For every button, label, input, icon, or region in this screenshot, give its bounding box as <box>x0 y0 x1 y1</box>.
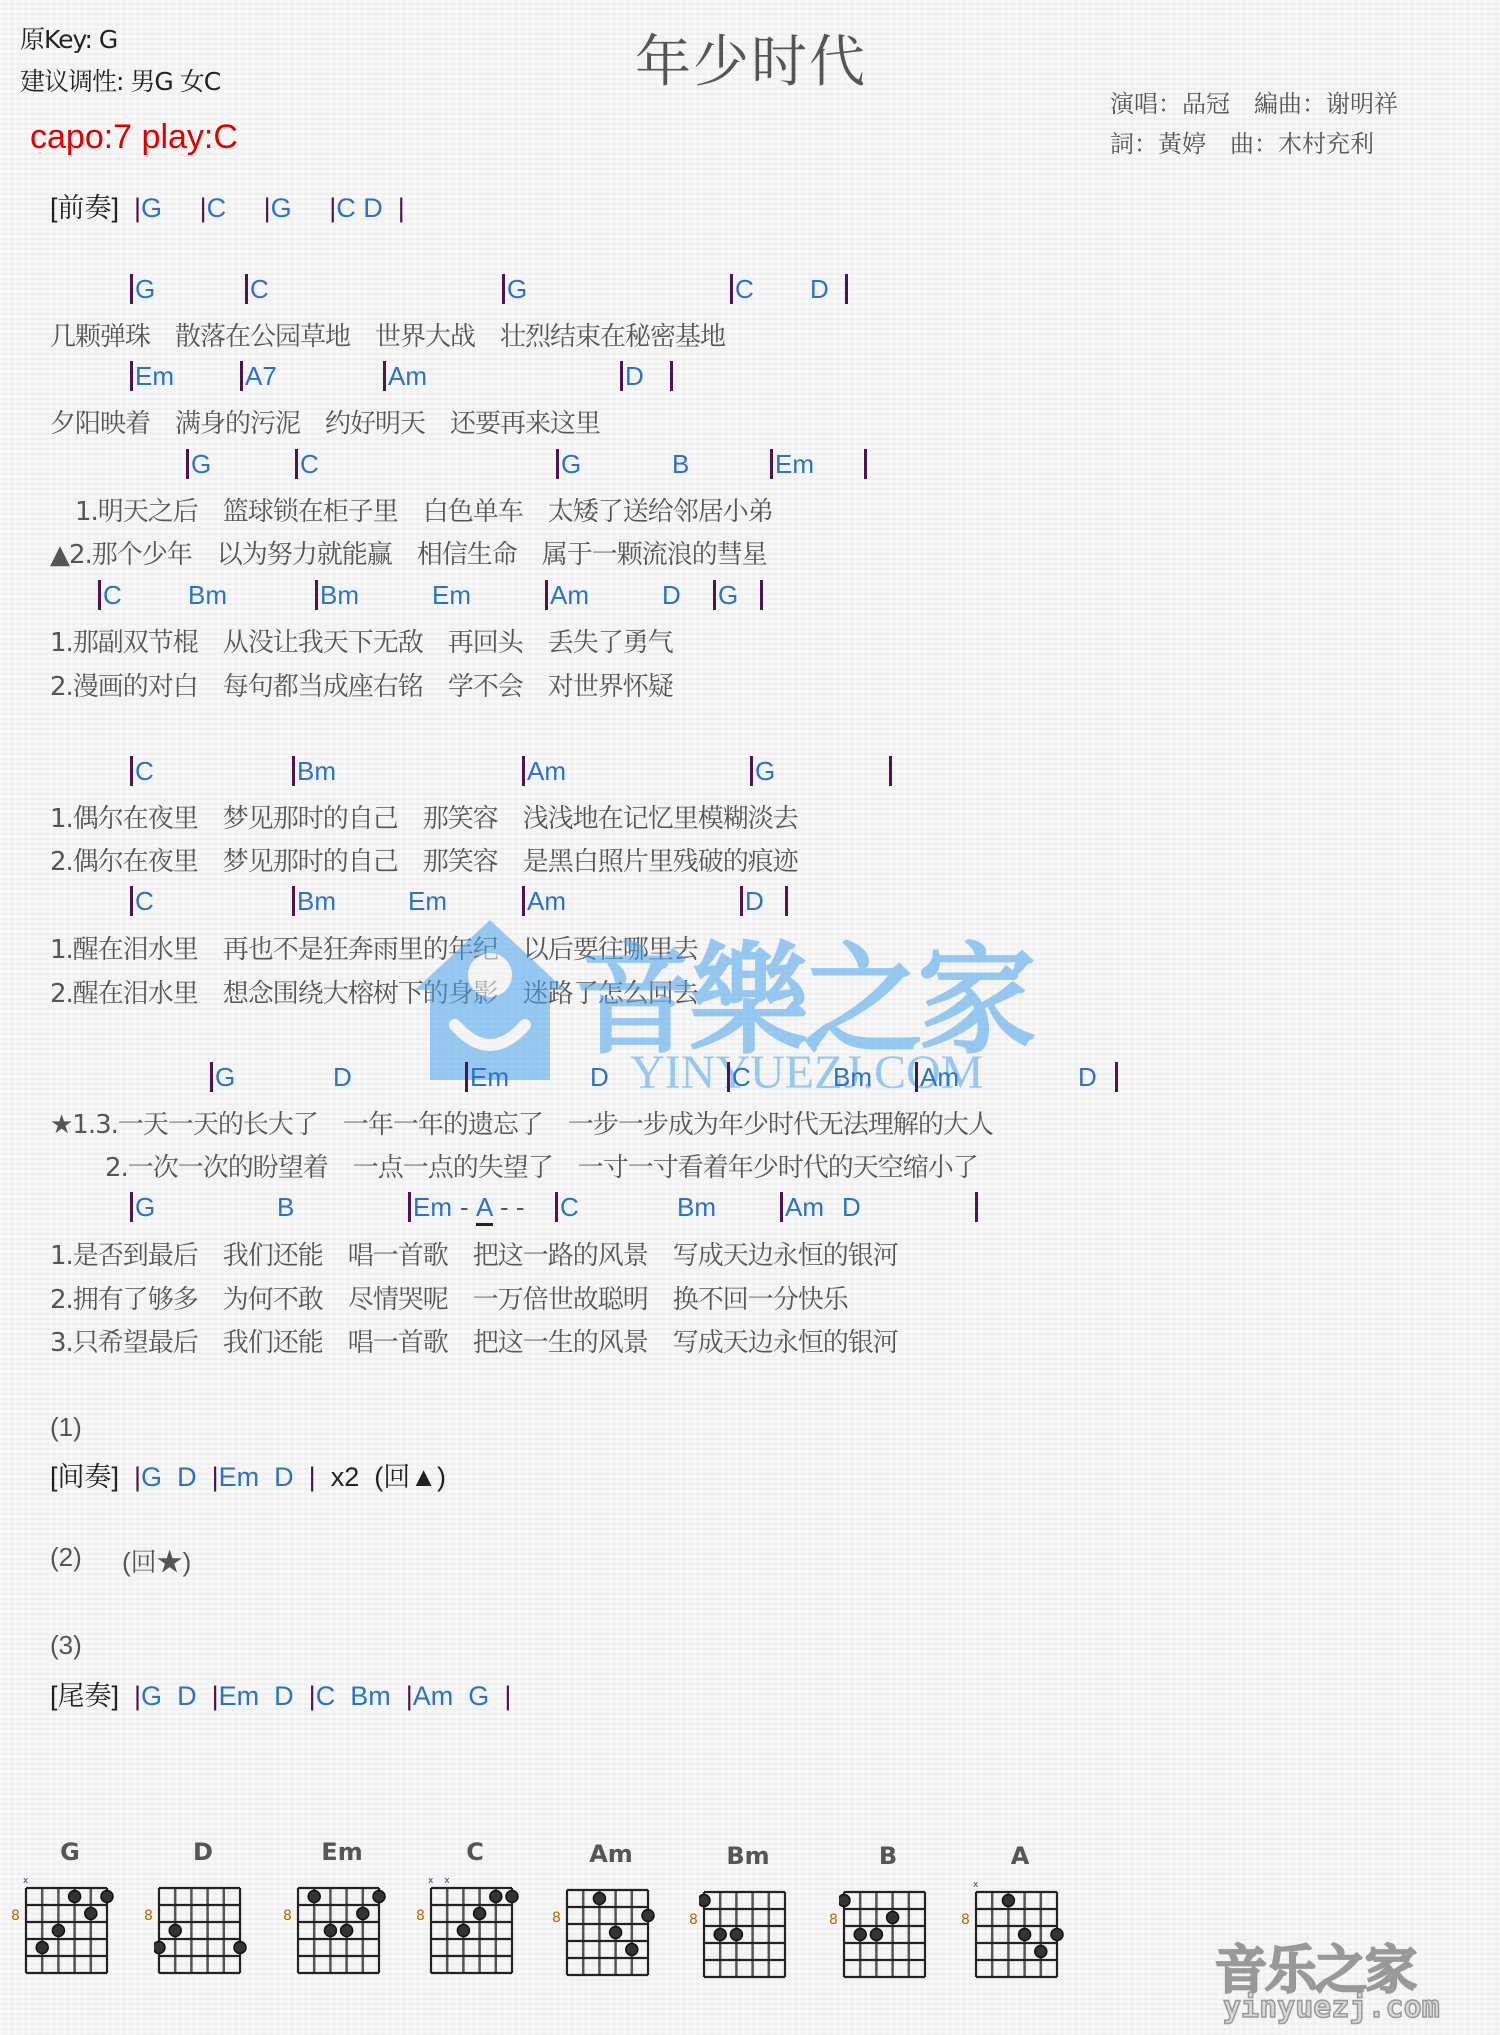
chord-diagram-name: B <box>843 1842 933 1870</box>
chord-diagram-a: A8x <box>975 1842 1095 1992</box>
chord: C <box>103 580 122 611</box>
chord: G <box>755 756 775 787</box>
chord: D <box>333 1062 352 1093</box>
lyric-line: ★1.3.一天一天的长大了 一年一年的遗忘了 一步一步成为年少时代无法理解的大人 <box>50 1104 993 1141</box>
svg-text:x: x <box>23 1876 29 1886</box>
chord: Em <box>135 361 174 392</box>
chord: Am <box>527 756 566 787</box>
chord-diagram-bm: Bm8 <box>703 1842 823 1992</box>
prelude-label: [前奏] <box>50 193 119 223</box>
chord: G <box>135 1192 155 1223</box>
fret-number: 8 <box>11 1908 20 1924</box>
fretboard-grid-icon: x <box>971 1878 1071 1988</box>
lyric-line: 夕阳映着 满身的污泥 约好明天 还要再来这里 <box>50 403 600 440</box>
song-title: 年少时代 <box>635 18 867 98</box>
lyric-line: 2.偶尔在夜里 梦见那时的自己 那笑容 是黑白照片里残破的痕迹 <box>50 841 798 878</box>
chord: Am <box>388 361 427 392</box>
chord-row: G C G B Em <box>0 449 1500 483</box>
chord: D <box>842 1192 861 1223</box>
credits-performer-arranger: 演唱：品冠 編曲：谢明祥 <box>1110 84 1398 119</box>
chord-row: C Bm Am G <box>0 756 1500 790</box>
chord: Am <box>920 1062 959 1093</box>
chord: Bm <box>833 1062 872 1093</box>
return-marker: (回▲) <box>374 1462 446 1492</box>
lyric-line: 1.醒在泪水里 再也不是狂奔雨里的年纪 以后要往哪里去 <box>50 929 698 966</box>
chord: Am <box>785 1192 824 1223</box>
lyric-line: 1.是否到最后 我们还能 唱一首歌 把这一路的风景 写成天边永恒的银河 <box>50 1235 898 1272</box>
svg-text:x: x <box>428 1876 434 1886</box>
chord: C <box>135 886 154 917</box>
fret-number: 8 <box>416 1908 425 1924</box>
fretboard-grid-icon <box>699 1878 799 1988</box>
part-marker-2: (2) <box>50 1542 82 1573</box>
chord-diagram-d: D8 <box>158 1838 278 1988</box>
chord-row: C Bm Em Am D <box>0 886 1500 920</box>
chord: Em <box>219 1681 260 1711</box>
chord: Am <box>527 886 566 917</box>
chord: C <box>735 274 754 305</box>
chord-diagram-b: B8 <box>843 1842 963 1992</box>
chord: G <box>561 449 581 480</box>
chord: Em <box>408 886 447 917</box>
chord: Bm <box>350 1681 391 1711</box>
original-key: 原Key: G <box>20 20 117 56</box>
chord: G <box>135 274 155 305</box>
lyric-line: 2.漫画的对白 每句都当成座右铭 学不会 对世界怀疑 <box>50 666 673 703</box>
chord: Bm <box>297 886 336 917</box>
chord: Em <box>470 1062 509 1093</box>
fret-number: 8 <box>829 1912 838 1928</box>
chord-diagram-name: D <box>158 1838 248 1866</box>
suggested-key: 建议调性: 男G 女C <box>20 62 220 98</box>
chord: D <box>745 886 764 917</box>
chord: Em <box>413 1192 452 1223</box>
chord: C <box>316 1681 336 1711</box>
lyric-line: 2.一次一次的盼望着 一点一点的失望了 一寸一寸看着年少时代的天空缩小了 <box>105 1147 978 1184</box>
chord: C <box>300 449 319 480</box>
chord: G <box>191 449 211 480</box>
chord: Am <box>413 1681 454 1711</box>
fretboard-grid-icon: x <box>21 1874 121 1984</box>
chord-diagram-name: G <box>25 1838 115 1866</box>
chord-diagram-g: G8x <box>25 1838 145 1988</box>
lyric-line: 3.只希望最后 我们还能 唱一首歌 把这一生的风景 写成天边永恒的银河 <box>50 1322 898 1359</box>
chord-row: C Bm Bm Em Am D G <box>0 580 1500 614</box>
part-marker-3: (3) <box>50 1630 82 1661</box>
lyric-line: ▲2.那个少年 以为努力就能赢 相信生命 属于一颗流浪的彗星 <box>50 534 767 571</box>
chord: Bm <box>677 1192 716 1223</box>
chord: Em <box>219 1462 260 1492</box>
chord: C <box>560 1192 579 1223</box>
lyric-line: 几颗弹珠 散落在公园草地 世界大战 壮烈结束在秘密基地 <box>50 316 725 353</box>
chord: Em <box>775 449 814 480</box>
fretboard-grid-icon <box>562 1876 662 1986</box>
chord: G <box>271 193 292 223</box>
fret-number: 8 <box>961 1912 970 1928</box>
chord: D <box>274 1462 294 1492</box>
chord-diagram-name: Bm <box>703 1842 793 1870</box>
chord: A7 <box>245 361 277 392</box>
chord: D <box>625 361 644 392</box>
chord: G <box>468 1681 489 1711</box>
chord: D <box>590 1062 609 1093</box>
chord-diagram-name: A <box>975 1842 1065 1870</box>
chord: C <box>135 756 154 787</box>
fret-number: 8 <box>689 1912 698 1928</box>
fret-number: 8 <box>552 1910 561 1926</box>
outro-line: [尾奏] |G D |Em D |C Bm |Am G | <box>50 1674 511 1713</box>
fretboard-grid-icon <box>839 1878 939 1988</box>
chord: Bm <box>320 580 359 611</box>
chord-diagram-am: Am8 <box>566 1840 686 1990</box>
footer-logo: 音乐之家 yinyuezj.com <box>1205 1928 1485 2028</box>
dash: - <box>460 1192 469 1223</box>
chord-row: G D Em D C Bm Am D <box>0 1062 1500 1096</box>
lyric-line: 2.醒在泪水里 想念围绕大榕树下的身影 迷路了怎么回去 <box>50 973 698 1010</box>
chord: C <box>732 1062 751 1093</box>
chord-row: Em A7 Am D <box>0 361 1500 395</box>
capo-info: capo:7 play:C <box>30 118 238 157</box>
chord: D <box>1078 1062 1097 1093</box>
chord: G <box>141 1681 162 1711</box>
credits-lyricist-composer: 詞：黃婷 曲：木村充利 <box>1110 124 1374 159</box>
chord-diagram-name: C <box>430 1838 520 1866</box>
part-marker-1: (1) <box>50 1412 82 1443</box>
repeat-count: x2 <box>331 1462 360 1492</box>
interlude-label: [间奏] <box>50 1462 119 1492</box>
fret-number: 8 <box>283 1908 292 1924</box>
lyric-line: 1.明天之后 篮球锁在柜子里 白色单车 太矮了送给邻居小弟 <box>50 491 773 528</box>
footer-logo-en: yinyuezj.com <box>1223 1990 1440 2025</box>
chord: Em <box>432 580 471 611</box>
fretboard-grid-icon: xx <box>426 1874 526 1984</box>
chord-diagram-em: Em8 <box>297 1838 417 1988</box>
prelude-line: [前奏] |G |C |G |C D | <box>50 186 405 225</box>
chord: D <box>662 580 681 611</box>
chord: G <box>215 1062 235 1093</box>
chord: Am <box>550 580 589 611</box>
outro-label: [尾奏] <box>50 1681 119 1711</box>
chord-diagram-name: Am <box>566 1840 656 1868</box>
chord: D <box>274 1681 294 1711</box>
hold-dashes: - - <box>500 1192 525 1223</box>
chord: B <box>277 1192 294 1223</box>
chord: G <box>141 1462 162 1492</box>
fretboard-grid-icon <box>293 1874 393 1984</box>
chord: D <box>810 274 829 305</box>
fret-number: 8 <box>144 1908 153 1924</box>
chord: A <box>476 1192 493 1226</box>
chord: C <box>250 274 269 305</box>
chord-row: G C G C D <box>0 274 1500 308</box>
chord: D <box>177 1462 197 1492</box>
chord: C <box>207 193 227 223</box>
return-marker: (回★) <box>122 1542 191 1579</box>
chord: G <box>718 580 738 611</box>
svg-text:x: x <box>973 1880 979 1890</box>
svg-text:x: x <box>444 1876 450 1886</box>
chord: B <box>672 449 689 480</box>
lyric-line: 1.那副双节棍 从没让我天下无敌 再回头 丢失了勇气 <box>50 622 673 659</box>
chord-diagram-name: Em <box>297 1838 387 1866</box>
lyric-line: 1.偶尔在夜里 梦见那时的自己 那笑容 浅浅地在记忆里模糊淡去 <box>50 798 798 835</box>
lyric-line: 2.拥有了够多 为何不敢 尽情哭呢 一万倍世故聪明 换不回一分快乐 <box>50 1279 848 1316</box>
chord-diagram-c: C8xx <box>430 1838 550 1988</box>
chord: Bm <box>188 580 227 611</box>
chord: G <box>507 274 527 305</box>
chord: G <box>141 193 162 223</box>
fretboard-grid-icon <box>154 1874 254 1984</box>
chord: C D <box>336 193 383 223</box>
interlude-line: [间奏] |G D |Em D | x2 (回▲) <box>50 1455 446 1494</box>
chord: D <box>177 1681 197 1711</box>
chord: Bm <box>297 756 336 787</box>
chord-row: G B Em - A - - C Bm Am D <box>0 1192 1500 1226</box>
